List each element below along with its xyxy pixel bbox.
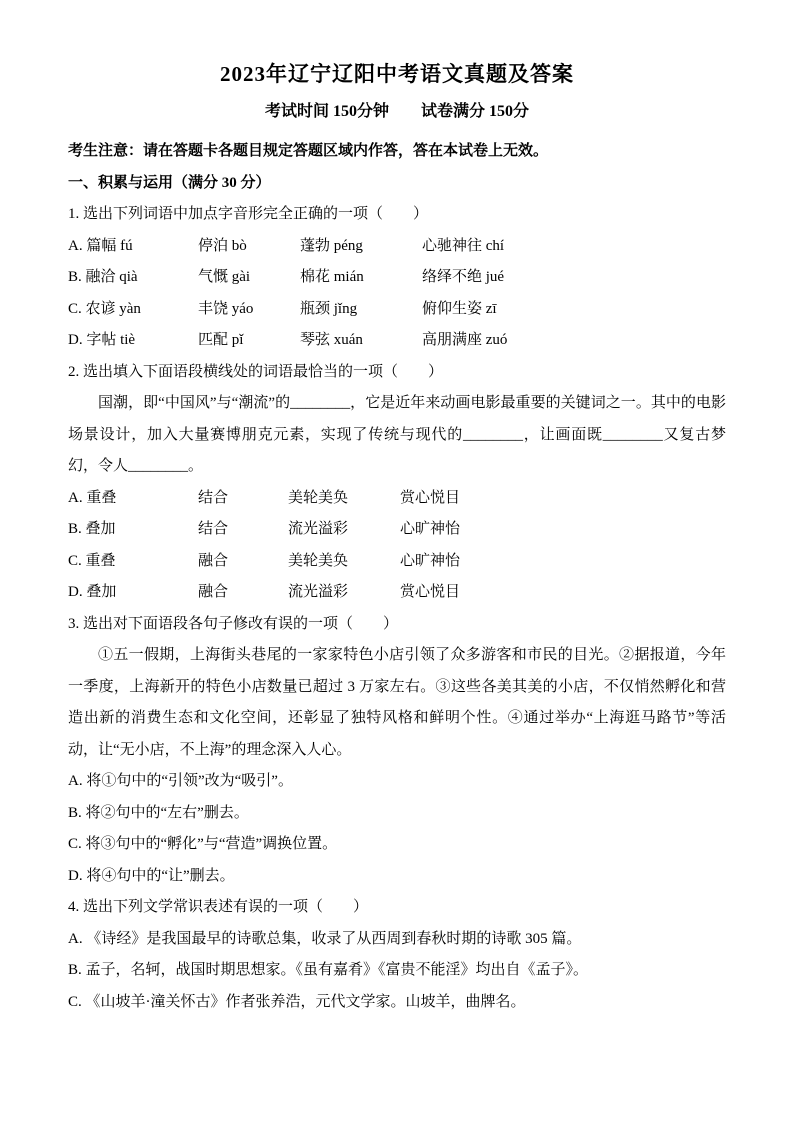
q2-option-c-word-2: 融合 bbox=[198, 546, 288, 578]
q1-option-a-word-2: 停泊 bò bbox=[198, 231, 300, 263]
q1-option-a-word-1: A. 篇幅 fú bbox=[68, 231, 198, 263]
candidate-notice: 考生注意：请在答题卡各题目规定答题区域内作答，答在本试卷上无效。 bbox=[68, 136, 726, 168]
question-1-stem: 1. 选出下列词语中加点字音形完全正确的一项（ ） bbox=[68, 199, 726, 231]
q2-option-c-word-3: 美轮美奂 bbox=[288, 546, 400, 578]
q1-option-c-word-4: 俯仰生姿 zī bbox=[422, 294, 726, 326]
q2-option-d-word-3: 流光溢彩 bbox=[288, 577, 400, 609]
q4-option-c: C. 《山坡羊·潼关怀古》作者张养浩，元代文学家。山坡羊，曲牌名。 bbox=[68, 987, 726, 1019]
q2-option-c-word-1: C. 重叠 bbox=[68, 546, 198, 578]
question-1-options: A. 篇幅 fú 停泊 bò 蓬勃 péng 心驰神往 chí B. 融洽 qi… bbox=[68, 231, 726, 357]
q2-option-a-word-1: A. 重叠 bbox=[68, 483, 198, 515]
q3-option-a: A. 将①句中的“引领”改为“吸引”。 bbox=[68, 766, 726, 798]
exam-document-page: 2023年辽宁辽阳中考语文真题及答案 考试时间 150分钟 试卷满分 150分 … bbox=[0, 0, 794, 1123]
q1-option-a-word-4: 心驰神往 chí bbox=[422, 231, 726, 263]
page-title: 2023年辽宁辽阳中考语文真题及答案 bbox=[68, 58, 726, 90]
q1-option-a-word-3: 蓬勃 péng bbox=[300, 231, 422, 263]
q1-option-d-word-3: 琴弦 xuán bbox=[300, 325, 422, 357]
q2-option-a-word-3: 美轮美奂 bbox=[288, 483, 400, 515]
q1-option-c-word-2: 丰饶 yáo bbox=[198, 294, 300, 326]
section-1-heading: 一、积累与运用（满分 30 分） bbox=[68, 168, 726, 200]
q2-option-c-word-4: 心旷神怡 bbox=[400, 546, 726, 578]
q3-option-d: D. 将④句中的“让”删去。 bbox=[68, 861, 726, 893]
q3-option-c: C. 将③句中的“孵化”与“营造”调换位置。 bbox=[68, 829, 726, 861]
q1-option-b-word-1: B. 融洽 qià bbox=[68, 262, 198, 294]
q2-option-a-word-4: 赏心悦目 bbox=[400, 483, 726, 515]
q1-option-d-word-2: 匹配 pǐ bbox=[198, 325, 300, 357]
question-2-passage: 国潮，即“中国风”与“潮流”的________，它是近年来动画电影最重要的关键词… bbox=[68, 388, 726, 483]
q2-option-b-word-2: 结合 bbox=[198, 514, 288, 546]
q1-option-b-word-2: 气慨 gài bbox=[198, 262, 300, 294]
q1-option-b-word-4: 络绎不绝 jué bbox=[422, 262, 726, 294]
q2-option-b-word-4: 心旷神怡 bbox=[400, 514, 726, 546]
q2-option-b-word-3: 流光溢彩 bbox=[288, 514, 400, 546]
q4-option-a: A. 《诗经》是我国最早的诗歌总集，收录了从西周到春秋时期的诗歌 305 篇。 bbox=[68, 924, 726, 956]
question-3-passage: ①五一假期，上海街头巷尾的一家家特色小店引领了众多游客和市民的目光。②据报道，今… bbox=[68, 640, 726, 766]
q3-option-b: B. 将②句中的“左右”删去。 bbox=[68, 798, 726, 830]
q2-option-b-word-1: B. 叠加 bbox=[68, 514, 198, 546]
q1-option-d-word-4: 高朋满座 zuó bbox=[422, 325, 726, 357]
question-2-options: A. 重叠 结合 美轮美奂 赏心悦目 B. 叠加 结合 流光溢彩 心旷神怡 C.… bbox=[68, 483, 726, 609]
q2-option-d-word-4: 赏心悦目 bbox=[400, 577, 726, 609]
question-2-stem: 2. 选出填入下面语段横线处的词语最恰当的一项（ ） bbox=[68, 357, 726, 389]
question-3-stem: 3. 选出对下面语段各句子修改有误的一项（ ） bbox=[68, 609, 726, 641]
q2-option-a-word-2: 结合 bbox=[198, 483, 288, 515]
exam-time-score: 考试时间 150分钟 试卷满分 150分 bbox=[68, 100, 726, 124]
q2-option-d-word-2: 融合 bbox=[198, 577, 288, 609]
question-4-stem: 4. 选出下列文学常识表述有误的一项（ ） bbox=[68, 892, 726, 924]
q1-option-b-word-3: 棉花 mián bbox=[300, 262, 422, 294]
q2-option-d-word-1: D. 叠加 bbox=[68, 577, 198, 609]
q1-option-c-word-3: 瓶颈 jǐng bbox=[300, 294, 422, 326]
q4-option-b: B. 孟子，名轲，战国时期思想家。《虽有嘉肴》《富贵不能淫》均出自《孟子》。 bbox=[68, 955, 726, 987]
q1-option-d-word-1: D. 字帖 tiè bbox=[68, 325, 198, 357]
q1-option-c-word-1: C. 农谚 yàn bbox=[68, 294, 198, 326]
